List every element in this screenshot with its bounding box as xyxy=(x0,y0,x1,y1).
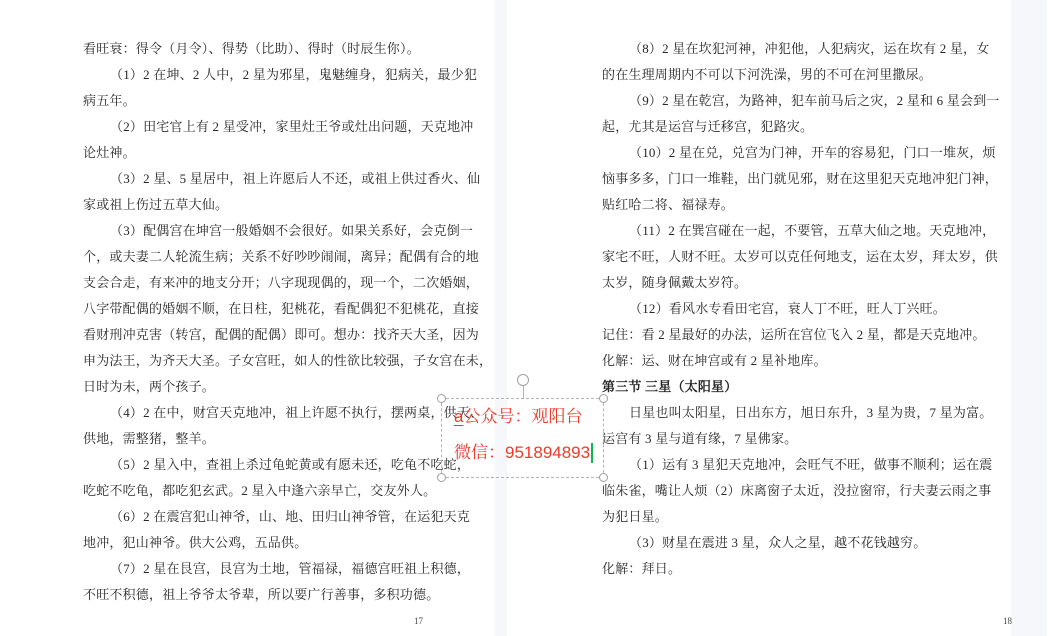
text-line: 家或祖上伤过五草大仙。 xyxy=(83,192,478,218)
text-line: （2）田宅官上有 2 星受冲，家里灶王爷或灶出问题，天克地冲 xyxy=(83,114,478,140)
watermark-line1: a公众号：观阳台 xyxy=(454,407,603,427)
text-line: 吃蛇不吃龟，都吃犯玄武。2 星入中逢六亲早亡，交友外人。 xyxy=(83,478,478,504)
text-line: （4）2 在中，财宫天克地冲，祖上许愿不执行，摆两桌，供天、 xyxy=(83,400,478,426)
text-line: （11）2 在巽宫碰在一起，不要管，五草大仙之地。天克地冲， xyxy=(602,218,1007,244)
section-heading: 第三节 三星（太阳星） xyxy=(602,374,1007,400)
page-number: 17 xyxy=(414,616,423,626)
text-line: （5）2 星入中，查祖上杀过龟蛇黄或有愿未还，吃龟不吃蛇， xyxy=(83,452,478,478)
text-line: 病五年。 xyxy=(83,88,478,114)
text-line: 日星也叫太阳星，日出东方，旭日东升，3 星为贵，7 星为富。 xyxy=(602,400,1007,426)
text-line: 申为法王，为齐天大圣。子女宫旺，如人的性欲比较强，子女宫在未， xyxy=(83,348,478,374)
text-line: 运宫有 3 星与道有缘，7 星佛家。 xyxy=(602,426,1007,452)
text-line: （6）2 在震宫犯山神爷，山、地、田归山神爷管，在运犯天克 xyxy=(83,504,478,530)
text-line: 日时为未，两个孩子。 xyxy=(83,374,478,400)
text-line: （3）2 星、5 星居中，祖上许愿后人不还，或祖上供过香火、仙 xyxy=(83,166,478,192)
text-line: 看旺衰：得令（月令）、得势（比助）、得时（时辰生你）。 xyxy=(83,36,478,62)
text-line: （10）2 星在兑，兑宫为门神，开车的容易犯，门口一堆灰，烦 xyxy=(602,140,1007,166)
left-page-text-column: 看旺衰：得令（月令）、得势（比助）、得时（时辰生你）。（1）2 在坤、2 人中，… xyxy=(83,36,478,608)
rotate-handle-stem xyxy=(523,385,524,399)
page-number: 18 xyxy=(1003,616,1012,626)
text-line: 八字带配偶的婚姻不顺，在日柱，犯桃花，看配偶犯不犯桃花，直接 xyxy=(83,296,478,322)
window-edge-sliver xyxy=(1047,0,1051,636)
text-line: 化解：运、财在坤宫或有 2 星补地库。 xyxy=(602,348,1007,374)
text-line: 的在生理周期内不可以下河洗澡，男的不可在河里撒尿。 xyxy=(602,62,1007,88)
text-line: 化解：拜日。 xyxy=(602,556,1007,582)
text-cursor xyxy=(591,443,593,463)
watermark-line2-text: 微信：951894893 xyxy=(454,443,590,462)
watermark-line2: 微信：951894893 xyxy=(454,443,603,463)
text-line: 为犯日星。 xyxy=(602,504,1007,530)
resize-handle-top-left[interactable] xyxy=(437,394,446,403)
text-line: 地冲，犯山神爷。供大公鸡，五品供。 xyxy=(83,530,478,556)
watermark-line1-text: 公众号：观阳台 xyxy=(463,407,582,426)
text-line: （7）2 星在艮宫，艮宫为土地，管福禄，福德宫旺祖上积德， xyxy=(83,556,478,582)
watermark-textbox[interactable]: a公众号：观阳台 微信：951894893 xyxy=(441,398,604,478)
text-line: 供地，需整猪，整羊。 xyxy=(83,426,478,452)
text-line: 不旺不积德，祖上爷爷太爷辈，所以要广行善事，多积功德。 xyxy=(83,582,478,608)
text-line: 贴红哈二将、福禄寿。 xyxy=(602,192,1007,218)
resize-handle-bottom-left[interactable] xyxy=(437,473,446,482)
text-line: 个，或夫妻二人轮流生病；关系不好吵吵闹闹，离异；配偶有合的地 xyxy=(83,244,478,270)
rotate-handle[interactable] xyxy=(517,374,529,386)
resize-handle-bottom-right[interactable] xyxy=(599,473,608,482)
text-line: 临朱雀，嘴让人烦（2）床离窗子太近，没拉窗帘，行夫妻云雨之事 xyxy=(602,478,1007,504)
document-page-left: 看旺衰：得令（月令）、得势（比助）、得时（时辰生你）。（1）2 在坤、2 人中，… xyxy=(0,0,495,636)
resize-handle-top-right[interactable] xyxy=(599,394,608,403)
text-line: （9）2 星在乾宫，为路神，犯车前马后之灾，2 星和 6 星会到一 xyxy=(602,88,1007,114)
text-line: （1）运有 3 星犯天克地冲，会旺气不旺，做事不顺利；运在震 xyxy=(602,452,1007,478)
text-line: 看财刑冲克害（转宫，配偶的配偶）即可。想办：找齐天大圣，因为 xyxy=(83,322,478,348)
right-page-text-column: （8）2 星在坎犯河神，冲犯他，人犯病灾，运在坎有 2 星，女的在生理周期内不可… xyxy=(602,36,1007,582)
text-line: 恼事多多，门口一堆鞋，出门就见邪，财在这里犯天克地冲犯门神， xyxy=(602,166,1007,192)
text-line: 太岁，随身佩戴太岁符。 xyxy=(602,270,1007,296)
text-line: （1）2 在坤、2 人中，2 星为邪星，鬼魅缠身，犯病关，最少犯 xyxy=(83,62,478,88)
text-line: （12）看风水专看田宅宫，衰人丁不旺，旺人丁兴旺。 xyxy=(602,296,1007,322)
text-line: （3）配偶宫在坤宫一般婚姻不会很好。如果关系好，会克倒一 xyxy=(83,218,478,244)
text-line: （8）2 星在坎犯河神，冲犯他，人犯病灾，运在坎有 2 星，女 xyxy=(602,36,1007,62)
text-line: （3）财星在震进 3 星，众人之星，越不花钱越穷。 xyxy=(602,530,1007,556)
document-page-right: （8）2 星在坎犯河神，冲犯他，人犯病灾，运在坎有 2 星，女的在生理周期内不可… xyxy=(507,0,1011,636)
text-line: 起，尤其是运宫与迁移宫，犯路灾。 xyxy=(602,114,1007,140)
text-line: 论灶神。 xyxy=(83,140,478,166)
text-line: 支会合走，有来冲的地支分开；八字现现偶的，现一个，二次婚姻， xyxy=(83,270,478,296)
text-line: 记住：看 2 星最好的办法，运所在宫位飞入 2 星，都是天克地冲。 xyxy=(602,322,1007,348)
text-line: 家宅不旺，人财不旺。太岁可以克任何地支，运在太岁，拜太岁，供 xyxy=(602,244,1007,270)
